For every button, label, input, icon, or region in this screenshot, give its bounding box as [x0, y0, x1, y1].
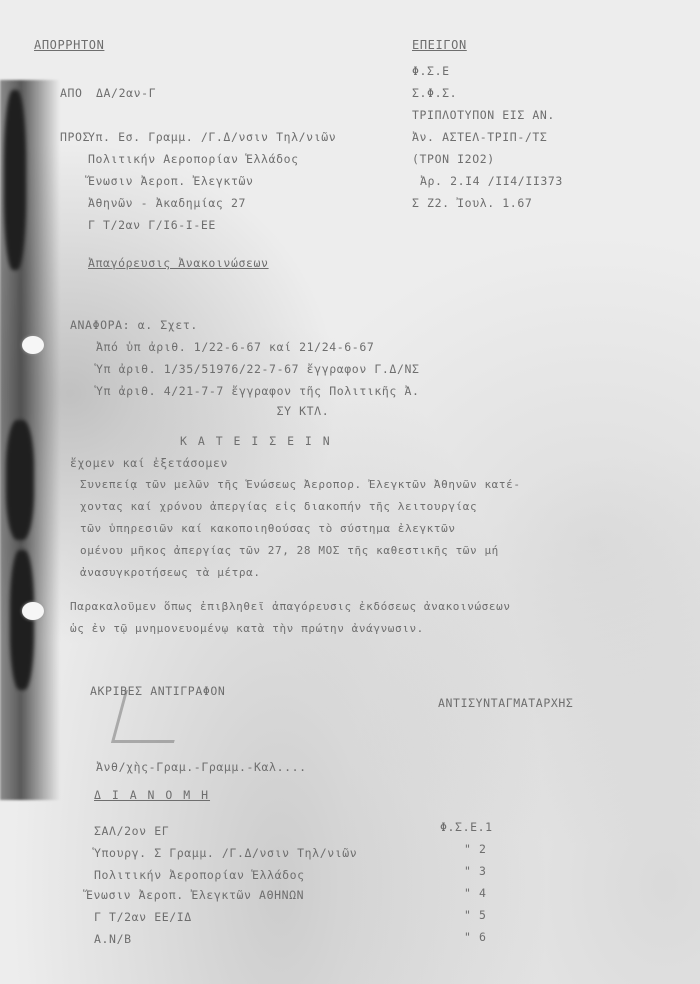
- distribution-item-code: " 2: [464, 842, 487, 856]
- binding-margin-damage: [0, 80, 60, 800]
- body-paragraph-line: ἀνασυγκροτήσεως τὰ μέτρα.: [80, 566, 261, 579]
- to-line: Ἀθηνῶν - Ἀκαδημίας 27: [88, 196, 246, 210]
- distribution-item-code: " 5: [464, 908, 487, 922]
- right-header-line: Φ.Σ.Ε: [412, 64, 450, 78]
- references-label: ΑΝΑΦΟΡΑ: α. Σχετ.: [70, 318, 198, 332]
- to-line: Υπ. Εσ. Γραμμ. /Γ.Δ/νσιν Τηλ/νιῶν: [88, 130, 336, 144]
- to-line: Ἕνωσιν Ἀεροπ. Ἐλεγκτῶν: [88, 174, 254, 188]
- distribution-heading: Δ Ι Α Ν Ο Μ Η: [94, 788, 210, 802]
- distribution-item-label: Ἕνωσιν Ἀεροπ. Ἐλεγκτῶν ΑΘΗΝΩΝ: [86, 888, 304, 902]
- distribution-item-code: " 3: [464, 864, 487, 878]
- body-heading: Κ Α Τ Ε Ι Σ Ε Ι Ν: [180, 434, 332, 448]
- signatory-title: ΑΝΤΙΣΥΝΤΑΓΜΑΤΑΡΧΗΣ: [438, 696, 573, 710]
- to-line: Πολιτικήν Αεροπορίαν Ἑλλάδος: [88, 152, 299, 166]
- distribution-item-label: Πολιτικήν Ἀεροπορίαν Ἑλλάδος: [94, 868, 305, 882]
- urgency-label: ΕΠΕΙΓΟΝ: [412, 38, 467, 52]
- body-paragraph-line: ομένου μῆκος ἀπεργίας τῶν 27, 28 ΜΟΣ τῆς…: [80, 544, 499, 557]
- right-header-line: Σ Ζ2. Ἰουλ. 1.67: [412, 196, 532, 210]
- distribution-item-code: " 4: [464, 886, 487, 900]
- reference-line: ΣΥ ΚΤΛ.: [96, 404, 329, 418]
- reference-line: Ὑπ ἀριθ. 1/35/51976/22-7-67 ἔγγραφον Γ.Δ…: [96, 362, 420, 376]
- right-header-line: Σ.Φ.Σ.: [412, 86, 457, 100]
- right-header-line: (ΤΡΟΝ Ι2Ο2): [412, 152, 495, 166]
- body-paragraph-line: Συνεπείᾳ τῶν μελῶν τῆς Ἑνώσεως Ἀεροπορ. …: [80, 478, 521, 491]
- body-paragraph-line: ὡς ἐν τῷ μνημονευομένῳ κατὰ τὴν πρώτην ἀ…: [70, 622, 424, 635]
- body-paragraph-line: Παρακαλοῦμεν ὅπως ἐπιβληθεῖ ἀπαγόρευσις …: [70, 600, 511, 613]
- to-line: Γ Τ/2αν Γ/Ι6-Ι-ΕΕ: [88, 218, 216, 232]
- to-label: ΠΡΟΣ: [60, 130, 90, 144]
- distribution-item-label: Α.Ν/Β: [94, 932, 132, 946]
- classification-label: ΑΠΟΡΡΗΤΟΝ: [34, 38, 104, 52]
- body-paragraph-line: τῶν ὑπηρεσιῶν καί κακοποιηθούσας τὸ σύστ…: [80, 522, 456, 535]
- distribution-item-label: Ὑπουργ. Σ Γραμμ. /Γ.Δ/νσιν Τηλ/νιῶν: [94, 846, 357, 860]
- reference-line: Ὑπ ἀριθ. 4/21-7-7 ἔγγραφον τῆς Πολιτικῆς…: [96, 384, 420, 398]
- reference-line: Ἀπό ὑπ ἀριθ. 1/22-6-67 καί 21/24-6-67: [96, 340, 374, 354]
- distribution-item-label: Γ Τ/2αν ΕΕ/ΙΔ: [94, 910, 192, 924]
- punch-hole-bottom: [22, 602, 44, 620]
- from-label: ΑΠΟ: [60, 86, 83, 100]
- distribution-item-code: Φ.Σ.Ε.1: [440, 820, 493, 834]
- body-paragraph-line: χοντας καί χρόνου ἀπεργίας εἰς διακοπήν …: [80, 500, 477, 513]
- right-header-line: Ἀρ. 2.Ι4 /ΙΙ4/ΙΙ373: [420, 174, 563, 188]
- distribution-item-label: ΣΑΛ/2ον ΕΓ: [94, 824, 169, 838]
- from-value: ΔΑ/2αν-Γ: [96, 86, 156, 100]
- body-salutation: ἔχομεν καί ἐξετάσομεν: [70, 456, 228, 470]
- right-header-line: Ἀν. ΑΣΤΕΛ-ΤΡΙΠ-/ΤΣ: [412, 130, 547, 144]
- right-header-line: ΤΡΙΠΛΟΤΥΠΟΝ ΕΙΣ ΑΝ.: [412, 108, 555, 122]
- subject-line: Ἀπαγόρευσις Ἀνακοινώσεων: [88, 256, 269, 270]
- distribution-item-code: " 6: [464, 930, 487, 944]
- signatory-line: Ἀνθ/χὴς-Γραμ.-Γραμμ.-Καλ....: [96, 760, 307, 774]
- punch-hole-top: [22, 336, 44, 354]
